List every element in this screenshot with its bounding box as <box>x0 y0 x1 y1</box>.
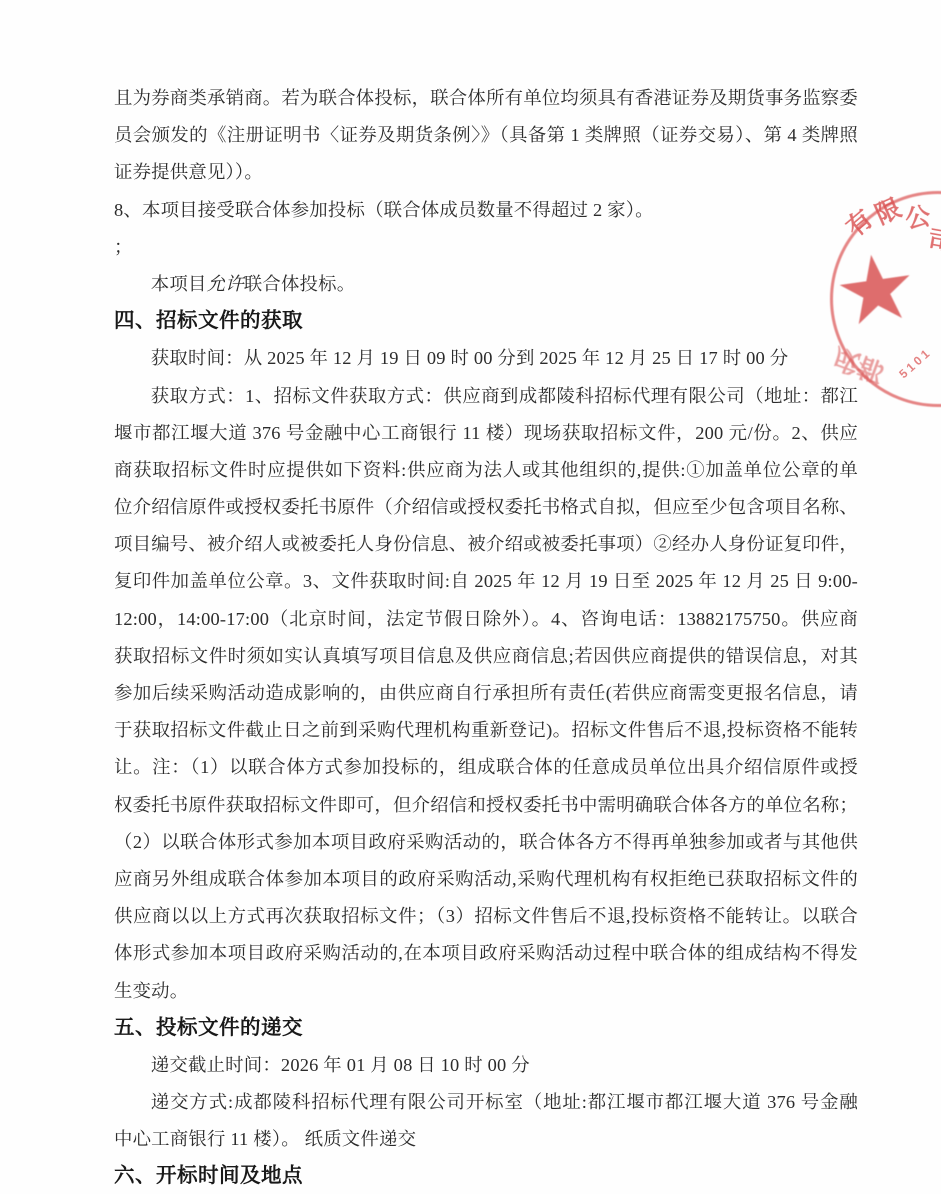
section-heading: 四、招标文件的获取 <box>114 303 858 340</box>
text-line: 堰市都江堰大道 376 号金融中心工商银行 11 楼）现场获取招标文件，200 … <box>114 415 858 452</box>
text-line: 本项目允许联合体投标。 <box>114 266 858 303</box>
text-line: 获取方式：1、招标文件获取方式：供应商到成都陵科招标代理有限公司（地址：都江 <box>114 378 858 415</box>
text-line: 于获取招标文件截止日之前到采购代理机构重新登记)。招标文件售后不退,投标资格不能… <box>114 712 858 749</box>
text-line: 证券提供意见））。 <box>114 154 858 191</box>
text-line: 应商另外组成联合体参加本项目的政府采购活动,采购代理机构有权拒绝已获取招标文件的 <box>114 861 858 898</box>
seal-arc-char: 司 <box>925 220 941 260</box>
seal-arc-char: 公 <box>902 196 933 236</box>
text-line: 获取招标文件时须如实认真填写项目信息及供应商信息;若因供应商提供的错误信息，对其 <box>114 638 858 675</box>
text-line: 中心工商银行 11 楼）。 纸质文件递交 <box>114 1121 858 1158</box>
seal-serial-number: 5101 <box>896 345 934 381</box>
document-page: 且为券商类承销商。若为联合体投标，联合体所有单位均须具有香港证券及期货事务监察委… <box>0 0 941 1194</box>
seal-arc-char: 限 <box>869 188 906 231</box>
text-line: 体形式参加本项目政府采购活动的,在本项目政府采购活动过程中联合体的组成结构不得发 <box>114 935 858 972</box>
text-line: 复印件加盖单位公章。3、文件获取时间:自 2025 年 12 月 19 日至 2… <box>114 563 858 600</box>
text-line: 供应商以以上方式再次获取招标文件；（3）招标文件售后不退,投标资格不能转让。以联… <box>114 898 858 935</box>
text-line: 让。注：（1）以联合体方式参加投标的，组成联合体的任意成员单位出具介绍信原件或授 <box>114 749 858 786</box>
text-line: 项目编号、被介绍人或被委托人身份信息、被介绍或被委托事项）②经办人身份证复印件， <box>114 526 858 563</box>
text-line: 递交方式:成都陵科招标代理有限公司开标室（地址:都江堰市都江堰大道 376 号金… <box>114 1084 858 1121</box>
text-line: 8、本项目接受联合体参加投标（联合体成员数量不得超过 2 家）。 <box>114 192 858 229</box>
section-heading: 五、投标文件的递交 <box>114 1010 858 1047</box>
text-line: 参加后续采购活动造成影响的，由供应商自行承担所有责任(若供应商需变更报名信息，请 <box>114 675 858 712</box>
document-body: 且为券商类承销商。若为联合体投标，联合体所有单位均须具有香港证券及期货事务监察委… <box>114 80 858 1194</box>
section-heading: 六、开标时间及地点 <box>114 1158 858 1194</box>
text-line: 递交截止时间：2026 年 01 月 08 日 10 时 00 分 <box>114 1047 858 1084</box>
text-line: 且为券商类承销商。若为联合体投标，联合体所有单位均须具有香港证券及期货事务监察委 <box>114 80 858 117</box>
text-line: 权委托书原件获取招标文件即可，但介绍信和授权委托书中需明确联合体各方的单位名称； <box>114 787 858 824</box>
text-line: ； <box>114 229 858 266</box>
text-line: 生变动。 <box>114 973 858 1010</box>
text-line: （2）以联合体形式参加本项目政府采购活动的，联合体各方不得再单独参加或者与其他供 <box>114 824 858 861</box>
text-line: 位介绍信原件或授权委托书原件（介绍信或授权委托书格式自拟，但应至少包含项目名称、 <box>114 489 858 526</box>
text-line: 商获取招标文件时应提供如下资料:供应商为法人或其他组织的,提供:①加盖单位公章的… <box>114 452 858 489</box>
text-line: 员会颁发的《注册证明书〈证券及期货条例〉》（具备第 1 类牌照（证券交易）、第 … <box>114 117 858 154</box>
text-line: 12:00，14:00-17:00（北京时间，法定节假日除外）。4、咨询电话：1… <box>114 601 858 638</box>
text-line: 获取时间：从 2025 年 12 月 19 日 09 时 00 分到 2025 … <box>114 340 858 377</box>
